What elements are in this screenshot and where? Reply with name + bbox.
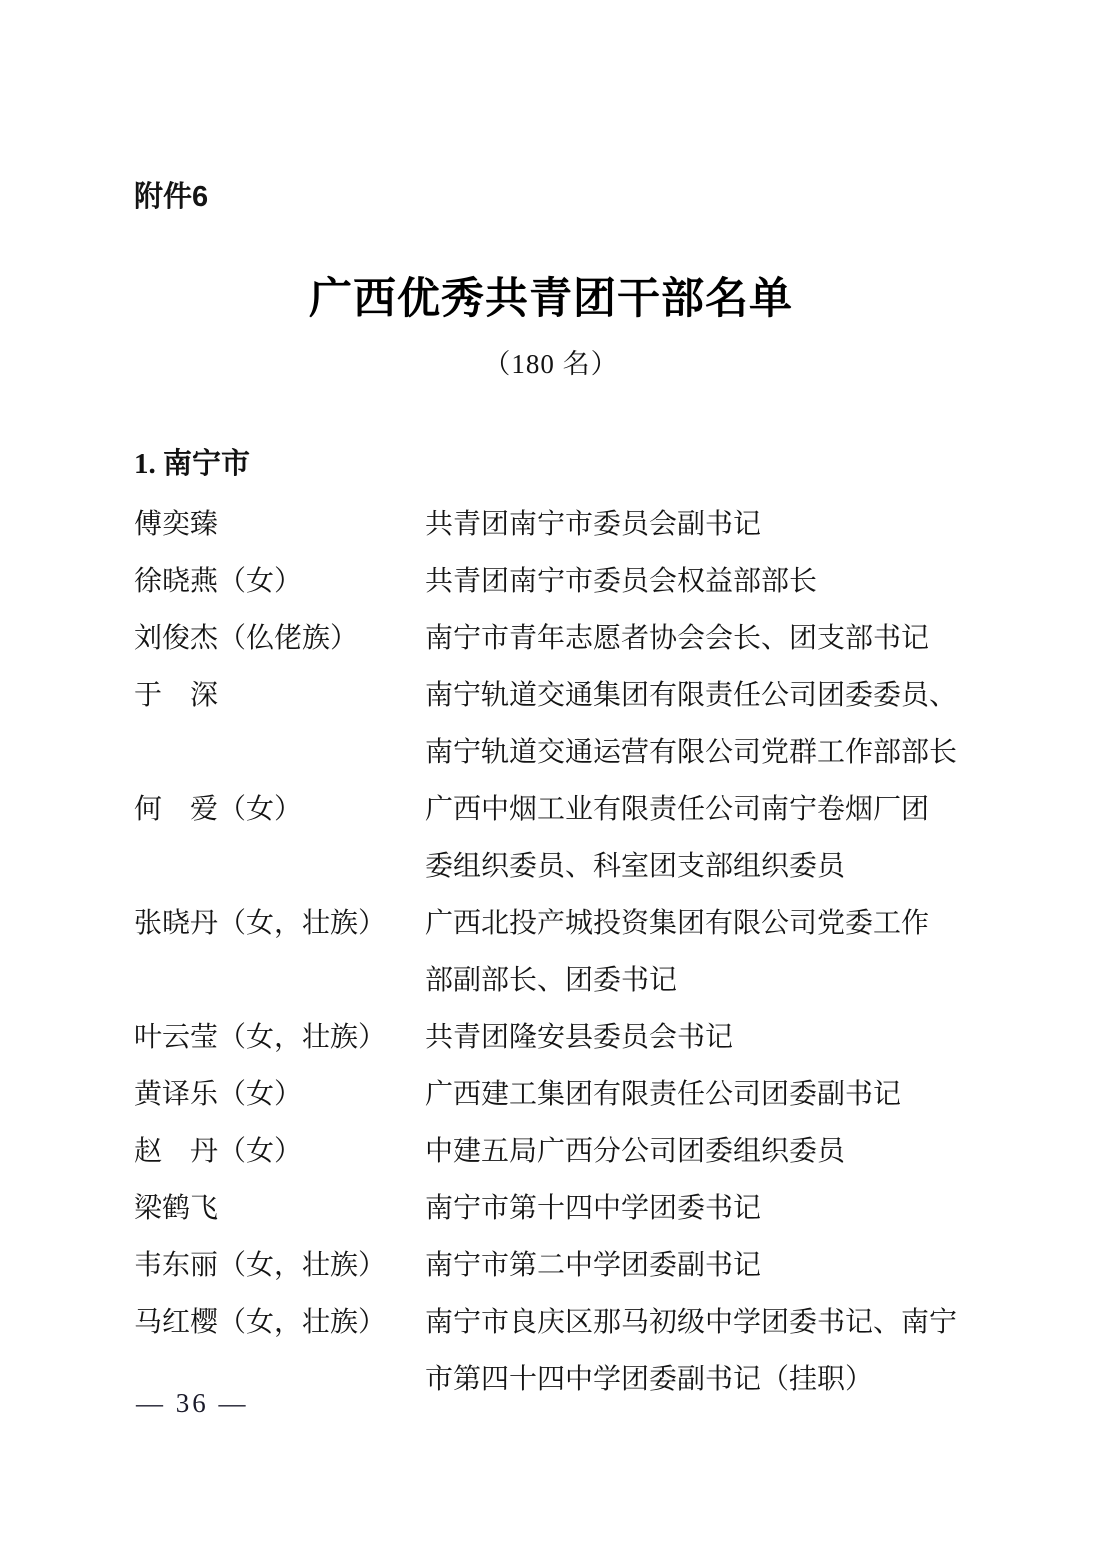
cadre-roster: 傅奕臻 共青团南宁市委员会副书记 徐晓燕（女） 共青团南宁市委员会权益部部长 刘… bbox=[134, 496, 980, 1408]
document-subtitle: （180 名） bbox=[0, 342, 1102, 381]
cadre-position: 广西建工集团有限责任公司团委副书记 bbox=[425, 1066, 980, 1123]
cadre-name: 梁鹤飞 bbox=[134, 1180, 425, 1237]
cadre-name: 叶云莹（女，壮族） bbox=[134, 1009, 425, 1066]
cadre-position: 南宁市第二中学团委副书记 bbox=[425, 1237, 980, 1294]
roster-row: 马红樱（女，壮族） 南宁市良庆区那马初级中学团委书记、南宁 市第四十四中学团委副… bbox=[134, 1294, 980, 1408]
roster-row: 叶云莹（女，壮族） 共青团隆安县委员会书记 bbox=[134, 1009, 980, 1066]
cadre-position: 南宁轨道交通集团有限责任公司团委委员、 南宁轨道交通运营有限公司党群工作部部长 bbox=[425, 667, 980, 781]
cadre-name: 张晓丹（女，壮族） bbox=[134, 895, 425, 952]
roster-row: 黄译乐（女） 广西建工集团有限责任公司团委副书记 bbox=[134, 1066, 980, 1123]
cadre-position: 共青团南宁市委员会权益部部长 bbox=[425, 553, 980, 610]
roster-row: 徐晓燕（女） 共青团南宁市委员会权益部部长 bbox=[134, 553, 980, 610]
roster-row: 何 爱（女） 广西中烟工业有限责任公司南宁卷烟厂团 委组织委员、科室团支部组织委… bbox=[134, 781, 980, 895]
cadre-name: 马红樱（女，壮族） bbox=[134, 1294, 425, 1351]
document-page: 附件6 广西优秀共青团干部名单 （180 名） 1. 南宁市 傅奕臻 共青团南宁… bbox=[0, 0, 1102, 1559]
roster-row: 梁鹤飞 南宁市第十四中学团委书记 bbox=[134, 1180, 980, 1237]
roster-row: 张晓丹（女，壮族） 广西北投产城投资集团有限公司党委工作 部副部长、团委书记 bbox=[134, 895, 980, 1009]
cadre-position: 南宁市第十四中学团委书记 bbox=[425, 1180, 980, 1237]
attachment-label: 附件6 bbox=[0, 0, 1102, 212]
cadre-name: 傅奕臻 bbox=[134, 496, 425, 553]
cadre-position: 广西中烟工业有限责任公司南宁卷烟厂团 委组织委员、科室团支部组织委员 bbox=[425, 781, 980, 895]
roster-row: 刘俊杰（仫佬族） 南宁市青年志愿者协会会长、团支部书记 bbox=[134, 610, 980, 667]
roster-row: 傅奕臻 共青团南宁市委员会副书记 bbox=[134, 496, 980, 553]
cadre-name: 于 深 bbox=[134, 667, 425, 724]
cadre-position: 南宁市良庆区那马初级中学团委书记、南宁 市第四十四中学团委副书记（挂职） bbox=[425, 1294, 980, 1408]
cadre-name: 韦东丽（女，壮族） bbox=[134, 1237, 425, 1294]
cadre-position: 中建五局广西分公司团委组织委员 bbox=[425, 1123, 980, 1180]
cadre-position: 广西北投产城投资集团有限公司党委工作 部副部长、团委书记 bbox=[425, 895, 980, 1009]
roster-row: 于 深 南宁轨道交通集团有限责任公司团委委员、 南宁轨道交通运营有限公司党群工作… bbox=[134, 667, 980, 781]
section-heading-nanning: 1. 南宁市 bbox=[134, 447, 1102, 482]
cadre-position: 共青团隆安县委员会书记 bbox=[425, 1009, 980, 1066]
cadre-name: 赵 丹（女） bbox=[134, 1123, 425, 1180]
page-number: — 36 — bbox=[136, 1388, 249, 1419]
roster-row: 赵 丹（女） 中建五局广西分公司团委组织委员 bbox=[134, 1123, 980, 1180]
cadre-name: 何 爱（女） bbox=[134, 781, 425, 838]
cadre-position: 南宁市青年志愿者协会会长、团支部书记 bbox=[425, 610, 980, 667]
roster-row: 韦东丽（女，壮族） 南宁市第二中学团委副书记 bbox=[134, 1237, 980, 1294]
cadre-name: 刘俊杰（仫佬族） bbox=[134, 610, 425, 667]
cadre-position: 共青团南宁市委员会副书记 bbox=[425, 496, 980, 553]
cadre-name: 徐晓燕（女） bbox=[134, 553, 425, 610]
document-title: 广西优秀共青团干部名单 bbox=[0, 276, 1102, 323]
cadre-name: 黄译乐（女） bbox=[134, 1066, 425, 1123]
